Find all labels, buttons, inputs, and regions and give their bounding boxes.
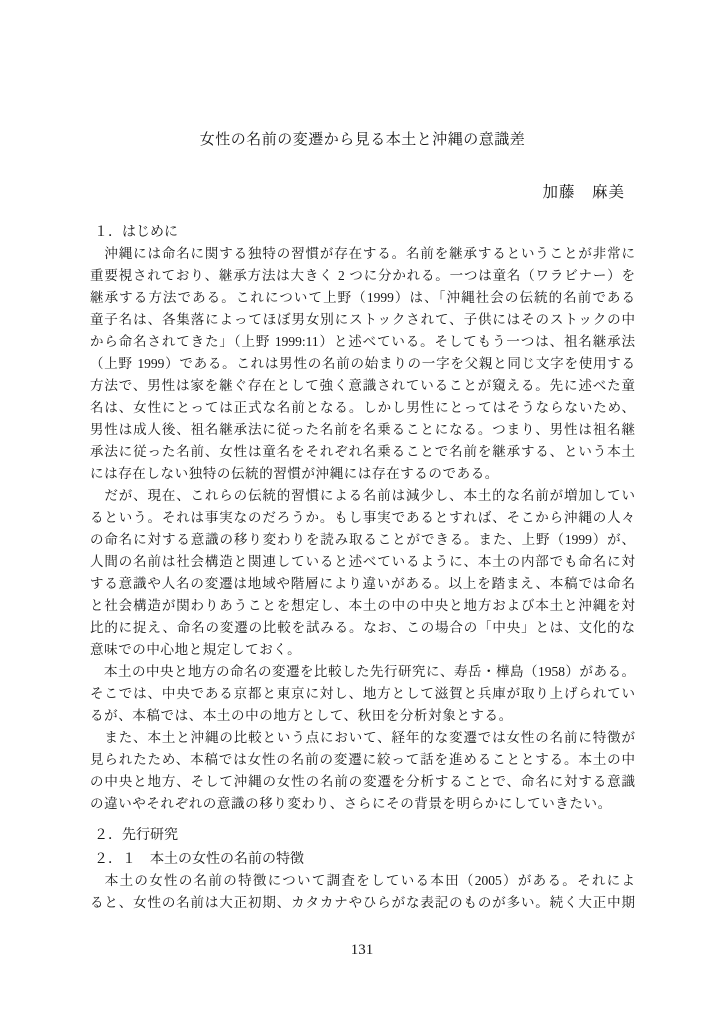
section-heading: ２．１ 本土の女性の名前の特徴: [90, 846, 635, 870]
text-line: 意味での中心地と規定しておく。: [90, 639, 635, 661]
author-name: 加藤 麻美: [542, 180, 625, 202]
paragraph: 本土の女性の名前の特徴について調査をしている本田（2005）がある。それによると…: [90, 870, 635, 914]
text-line: 名は、女性にとっては正式な名前となる。しかし男性にとってはそうならないため、: [90, 397, 635, 419]
text-line: 童子名は、各集落によってほぼ男女別にストックされて、子供にはそのストックの中: [90, 309, 635, 331]
text-line: ると、女性の名前は大正初期、カタカナやひらがな表記のものが多い。続く大正中期: [90, 892, 635, 914]
text-line: 重要視されており、継承方法は大きく 2 つに分かれる。一つは童名（ワラビナー）を: [90, 265, 635, 287]
paragraph: 沖縄には命名に関する独特の習慣が存在する。名前を継承するということが非常に重要視…: [90, 243, 635, 485]
page-content: 女性の名前の変遷から見る本土と沖縄の意識差 加藤 麻美 １．はじめに 沖縄には命…: [90, 0, 635, 1024]
text-line: 本土の女性の名前の特徴について調査をしている本田（2005）がある。それによ: [90, 870, 635, 892]
paper-title: 女性の名前の変遷から見る本土と沖縄の意識差: [90, 128, 635, 149]
text-line: と社会構造が関わりあうことを想定し、本土の中の中央と地方および本土と沖縄を対: [90, 595, 635, 617]
text-line: るが、本稿では、本土の中の地方として、秋田を分析対象とする。: [90, 705, 635, 727]
paragraph: また、本土と沖縄の比較という点において、経年的な変遷では女性の名前に特徴が見られ…: [90, 727, 635, 815]
text-line: 方法で、男性は家を継ぐ存在として強く意識されていることが窺える。先に述べた童: [90, 375, 635, 397]
text-line: の違いやそれぞれの意識の移り変わり、さらにその背景を明らかにしていきたい。: [90, 793, 635, 815]
text-line: 比的に捉え、命名の変遷の比較を試みる。なお、この場合の「中央」とは、文化的な: [90, 617, 635, 639]
text-line: 継承する方法である。これについて上野（1999）は、「沖縄社会の伝統的名前である: [90, 287, 635, 309]
page-number: 131: [0, 942, 724, 959]
text-line: の命名に対する意識の移り変わりを読み取ることができる。また、上野（1999）が、: [90, 529, 635, 551]
text-line: 見られたため、本稿では女性の名前の変遷に絞って話を進めることとする。本土の中: [90, 749, 635, 771]
text-line: する意識や人名の変遷は地域や階層により違いがある。以上を踏まえ、本稿では命名: [90, 573, 635, 595]
text-line: 本土の中央と地方の命名の変遷を比較した先行研究に、寿岳・樺島（1958）がある。: [90, 661, 635, 683]
section-heading: ２．先行研究: [90, 822, 635, 846]
text-line: 人間の名前は社会構造と関連していると述べているように、本土の内部でも命名に対: [90, 551, 635, 573]
section-heading: １．はじめに: [90, 219, 635, 243]
paragraph: だが、現在、これらの伝統的習慣による名前は減少し、本土的な名前が増加しているとい…: [90, 485, 635, 661]
text-line: 男性は成人後、祖名継承法に従った名前を名乗ることになる。つまり、男性は祖名継: [90, 419, 635, 441]
text-line: 承法に従った名前、女性は童名をそれぞれ名乗ることで名前を継承する、という本土: [90, 441, 635, 463]
text-line: また、本土と沖縄の比較という点において、経年的な変遷では女性の名前に特徴が: [90, 727, 635, 749]
text-line: から命名されてきた」（上野 1999:11）と述べている。そしてもう一つは、祖名…: [90, 331, 635, 353]
text-line: の中央と地方、そして沖縄の女性の名前の変遷を分析することで、命名に対する意識: [90, 771, 635, 793]
paper-page: 女性の名前の変遷から見る本土と沖縄の意識差 加藤 麻美 １．はじめに 沖縄には命…: [0, 0, 724, 1024]
text-line: 沖縄には命名に関する独特の習慣が存在する。名前を継承するということが非常に: [90, 243, 635, 265]
document-body: １．はじめに 沖縄には命名に関する独特の習慣が存在する。名前を継承するということ…: [90, 219, 635, 914]
text-line: だが、現在、これらの伝統的習慣による名前は減少し、本土的な名前が増加してい: [90, 485, 635, 507]
text-line: （上野 1999）である。これは男性の名前の始まりの一字を父親と同じ文字を使用す…: [90, 353, 635, 375]
text-line: そこでは、中央である京都と東京に対し、地方として滋賀と兵庫が取り上げられてい: [90, 683, 635, 705]
text-line: るという。それは事実なのだろうか。もし事実であるとすれば、そこから沖縄の人々: [90, 507, 635, 529]
text-line: には存在しない独特の伝統的習慣が沖縄には存在するのである。: [90, 463, 635, 485]
paragraph: 本土の中央と地方の命名の変遷を比較した先行研究に、寿岳・樺島（1958）がある。…: [90, 661, 635, 727]
